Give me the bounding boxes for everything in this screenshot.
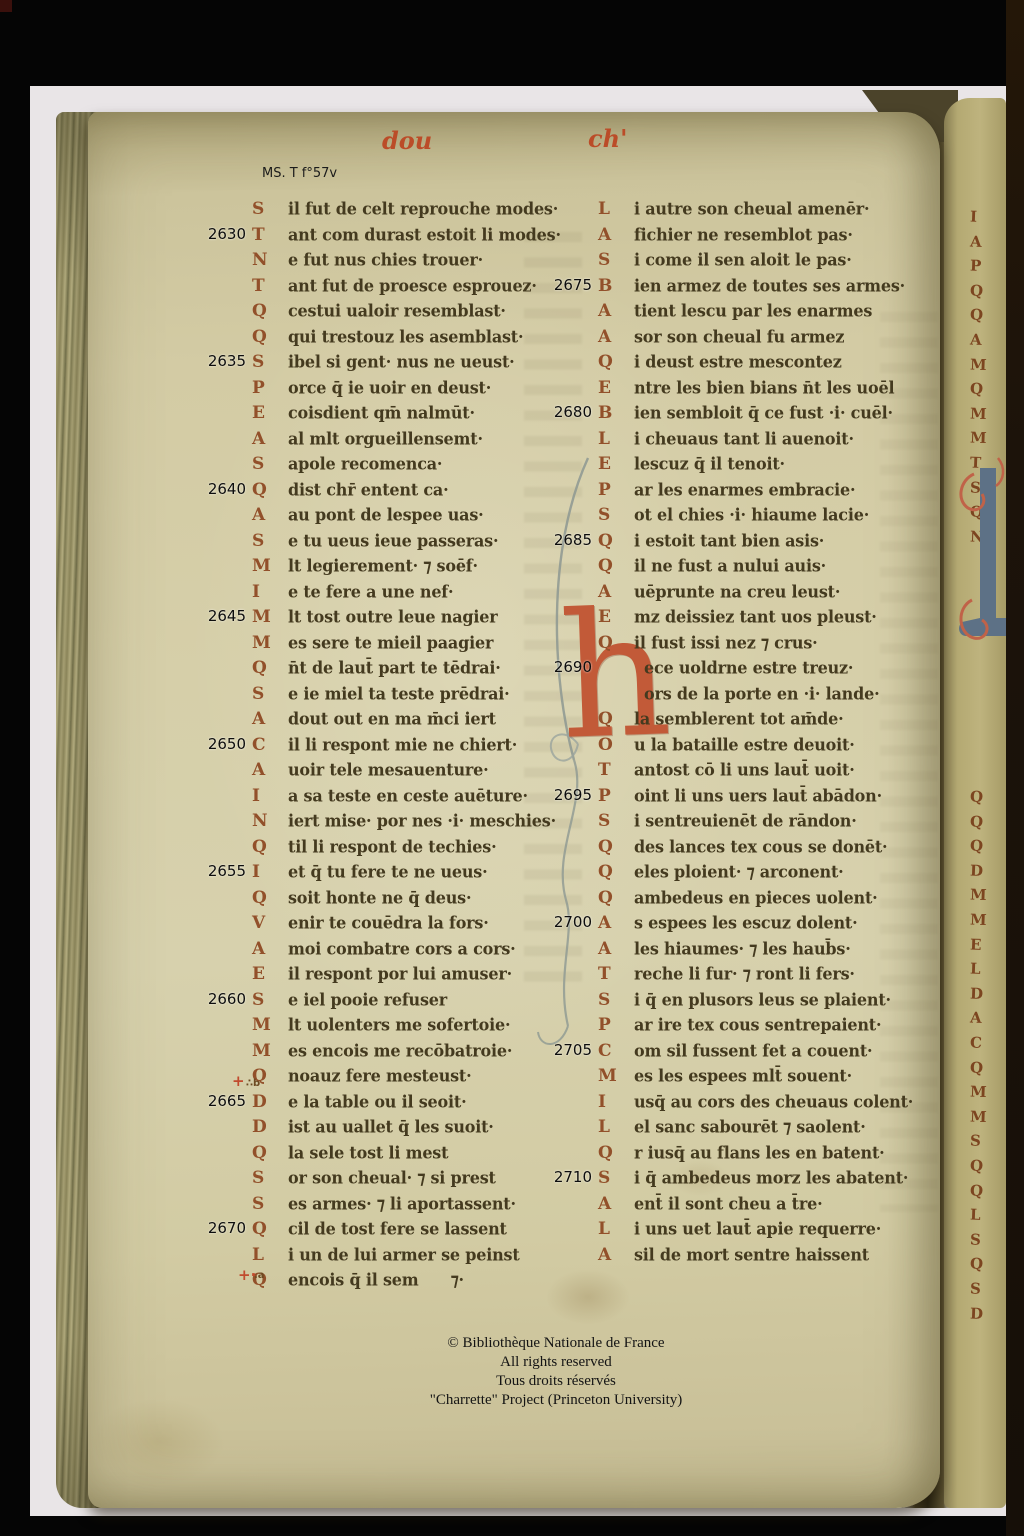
verse-text: ors de la porte en ·i· lande· xyxy=(644,680,879,707)
versal-initial: T xyxy=(252,274,288,300)
verse-number: 2690 xyxy=(534,658,592,676)
verse-number: 2710 xyxy=(534,1168,592,1186)
verse-text: i autre son cheual amenēr· xyxy=(634,195,869,222)
versal-initial: S xyxy=(252,682,288,708)
verse-text: dist chr̄ entent ca· xyxy=(288,476,448,503)
verse-line: Lel sanc sabourēt ⁊ saolent· xyxy=(598,1114,913,1140)
versal-initial: Q xyxy=(252,299,288,325)
verse-text: sor son cheual fu armez xyxy=(634,323,844,350)
versal-initial: E xyxy=(598,376,634,402)
versal-initial: B xyxy=(598,401,634,427)
versal-initial: Q xyxy=(598,529,634,555)
verse-text: il fust issi nez ⁊ crus· xyxy=(634,629,818,656)
verse-text: ar ire tex cous sentrepaient· xyxy=(634,1011,881,1038)
fore-edge-letter: Q xyxy=(970,1058,1001,1077)
versal-initial: A xyxy=(252,503,288,529)
verse-line: Niert mise· por nes ·i· meschies· xyxy=(252,808,561,834)
versal-initial: E xyxy=(598,452,634,478)
verse-text: e ie miel ta teste prēdrai· xyxy=(288,680,510,707)
versal-initial: T xyxy=(598,962,634,988)
credit-line: Tous droits réservés xyxy=(276,1372,836,1391)
verse-text: ece uoldrne estre treuz· xyxy=(644,654,853,681)
facing-page-fore-edge: IAPQQAMQMMTSQNQQQDMMELDACQMMSQQLSQSD xyxy=(944,98,1006,1508)
verse-line: Mlt uolenters me sofertoie· xyxy=(252,1012,561,1038)
verse-line: Point li uns uers laut̄ abādon· xyxy=(598,783,913,809)
fore-edge-letter: Q xyxy=(970,1181,1001,1200)
verse-line: Qil fust issi nez ⁊ crus· xyxy=(598,630,913,656)
verse-line: Qcestui ualoir resemblast· xyxy=(252,298,561,324)
versal-initial: I xyxy=(252,860,288,886)
running-title-right: ch' xyxy=(588,124,627,153)
verse-line: As espees les escuz dolent· xyxy=(598,910,913,936)
versal-initial: M xyxy=(252,1013,288,1039)
fore-edge-letter: M xyxy=(970,355,1001,374)
verse-text: r iusq̄ au flans les en batent· xyxy=(634,1139,885,1166)
verse-text: antost cō li uns laut̄ uoit· xyxy=(634,756,855,783)
verse-line: Qla sele tost li mest xyxy=(252,1140,561,1166)
verse-line: ors de la porte en ·i· lande· xyxy=(598,681,913,707)
verse-line: Ales hiaumes· ⁊ les haub̄s· xyxy=(598,936,913,962)
verse-number: 2660 xyxy=(188,990,246,1008)
manuscript-photo: IAPQQAMQMMTSQNQQQDMMELDACQMMSQQLSQSD dou… xyxy=(0,0,1024,1536)
ms-folio-label: MS. T f°57v xyxy=(262,166,337,181)
running-title-left: dou xyxy=(382,126,432,155)
verse-line: Ne fut nus chies trouer· xyxy=(252,247,561,273)
verse-number: 2665 xyxy=(188,1092,246,1110)
versal-initial: P xyxy=(598,478,634,504)
verse-text: i q̄ ambedeus morz les abatent· xyxy=(634,1164,908,1191)
versal-initial: M xyxy=(252,605,288,631)
versal-initial: P xyxy=(598,1013,634,1039)
verse-number: 2675 xyxy=(534,276,592,294)
fore-edge-letter: M xyxy=(970,1083,1001,1102)
verse-text: e iel pooie refuser xyxy=(288,986,447,1013)
verse-line: Sor son cheual· ⁊ si prest xyxy=(252,1165,561,1191)
verse-line: Mlt legierement· ⁊ soēf· xyxy=(252,553,561,579)
verse-text: ien sembloit q̄ ce fust ·i· cuēl· xyxy=(634,399,893,426)
verse-text: s espees les escuz dolent· xyxy=(634,909,857,936)
verse-text: moi combatre cors a cors· xyxy=(288,935,516,962)
verse-text: e te fere a une nef· xyxy=(288,578,453,605)
versal-initial: L xyxy=(598,197,634,223)
verse-line: Qr iusq̄ au flans les en batent· xyxy=(598,1140,913,1166)
fore-edge-letter: D xyxy=(970,861,1001,880)
verse-text: es les espees mlt̄ souent· xyxy=(634,1062,852,1089)
verse-text: des lances tex cous se donēt· xyxy=(634,833,887,860)
marginal-note: ∴b xyxy=(246,1078,260,1089)
versal-initial: A xyxy=(252,937,288,963)
verse-text: lt uolenters me sofertoie· xyxy=(288,1011,510,1038)
verse-line: Ses armes· ⁊ li aportassent· xyxy=(252,1191,561,1217)
versal-initial: A xyxy=(252,758,288,784)
verse-text: apole recomenca· xyxy=(288,450,442,477)
versal-initial: I xyxy=(252,580,288,606)
verse-text: es encois me recōbatroie· xyxy=(288,1037,512,1064)
verse-text: ot el chies ·i· hiaume lacie· xyxy=(634,501,869,528)
verse-text: au pont de lespee uas· xyxy=(288,501,484,528)
verse-text: e fut nus chies trouer· xyxy=(288,246,483,273)
copyright-credit: © Bibliothèque Nationale de France All r… xyxy=(276,1334,836,1410)
versal-initial: S xyxy=(252,988,288,1014)
verse-number: 2635 xyxy=(188,352,246,370)
verse-line: Sil fut de celt reprouche modes· xyxy=(252,196,561,222)
verse-line: Aent̄ il sont cheu a t̄re· xyxy=(598,1191,913,1217)
verse-text: usq̄ au cors des cheuaus colent· xyxy=(634,1088,913,1115)
verse-text: ibel si gent· nus ne ueust· xyxy=(288,348,515,375)
verse-line: Qambedeus en pieces uolent· xyxy=(598,885,913,911)
verse-line: Bien armez de toutes ses armes· xyxy=(598,273,913,299)
fore-edge-letter: I xyxy=(970,207,1001,226)
verse-text: om sil fussent fet a couent· xyxy=(634,1037,872,1064)
verse-text: til li respont de techies· xyxy=(288,833,496,860)
verse-line: Se ie miel ta teste prēdrai· xyxy=(252,681,561,707)
verse-text: es sere te mieil paagier xyxy=(288,629,493,656)
verse-line: Qla semblerent tot am̄de· xyxy=(598,706,913,732)
versal-initial: Q xyxy=(252,478,288,504)
versal-initial: A xyxy=(598,299,634,325)
versal-initial: Q xyxy=(598,835,634,861)
verse-text: n̄t de laut̄ part te tēdrai· xyxy=(288,654,501,681)
verse-line: Eil respont por lui amuser· xyxy=(252,961,561,987)
versal-initial: Q xyxy=(598,554,634,580)
verse-text: ambedeus en pieces uolent· xyxy=(634,884,878,911)
verse-text: i un de lui armer se peinst xyxy=(288,1241,520,1268)
versal-initial: E xyxy=(252,962,288,988)
verse-line: Ia sa teste en ceste auēture· xyxy=(252,783,561,809)
verse-line: Cil li respont mie ne chiert· xyxy=(252,732,561,758)
fore-edge-letter: Q xyxy=(970,787,1001,806)
versal-initial: L xyxy=(598,1217,634,1243)
verse-text: ent̄ il sont cheu a t̄re· xyxy=(634,1190,822,1217)
verse-text: uēprunte na creu leust· xyxy=(634,578,840,605)
verse-number: 2695 xyxy=(534,786,592,804)
verse-text: ist au uallet q̄ les suoit· xyxy=(288,1113,494,1140)
verse-text: lescuz q̄ il tenoit· xyxy=(634,450,785,477)
verse-line: Sot el chies ·i· hiaume lacie· xyxy=(598,502,913,528)
verse-line: Qnoauz fere mesteust· xyxy=(252,1063,561,1089)
verse-line: Afichier ne resemblot pas· xyxy=(598,222,913,248)
verse-text: i estoit tant bien asis· xyxy=(634,527,824,554)
fore-edge-letter: Q xyxy=(970,380,1001,399)
verse-text: el sanc sabourēt ⁊ saolent· xyxy=(634,1113,866,1140)
versal-initial: D xyxy=(252,1115,288,1141)
verse-text: ant com durast estoit li modes· xyxy=(288,221,561,248)
verse-number: 2630 xyxy=(188,225,246,243)
verse-line: Si sentreuienēt de rāndon· xyxy=(598,808,913,834)
fore-edge-letter: D xyxy=(970,984,1001,1003)
verse-line: Ou la bataille estre deuoit· xyxy=(598,732,913,758)
versal-initial: P xyxy=(252,376,288,402)
verse-text: eles ploient· ⁊ arconent· xyxy=(634,858,844,885)
versal-initial: A xyxy=(598,1243,634,1269)
binding-dark-strip xyxy=(1006,0,1024,1536)
verse-line: Sapole recomenca· xyxy=(252,451,561,477)
versal-initial: Q xyxy=(252,835,288,861)
versal-initial: Q xyxy=(598,707,634,733)
verse-line: Atient lescu par les enarmes xyxy=(598,298,913,324)
verse-line: Tant fut de proesce esprouez· xyxy=(252,273,561,299)
verse-line: De la table ou il seoit· xyxy=(252,1089,561,1115)
verse-line: Com sil fussent fet a couent· xyxy=(598,1038,913,1064)
versal-initial: L xyxy=(598,427,634,453)
verse-text: il li respont mie ne chiert· xyxy=(288,731,517,758)
verse-text: enir te couēdra la fors· xyxy=(288,909,489,936)
verse-text: al mlt orgueillensemt· xyxy=(288,425,483,452)
versal-initial: L xyxy=(598,1115,634,1141)
verse-line: Qi deust estre mescontez xyxy=(598,349,913,375)
verse-text: i deust estre mescontez xyxy=(634,348,842,375)
versal-initial: Q xyxy=(252,1217,288,1243)
verse-text: or son cheual· ⁊ si prest xyxy=(288,1164,496,1191)
verse-text: tient lescu par les enarmes xyxy=(634,297,872,324)
verse-text: i cheuaus tant li auenoit· xyxy=(634,425,854,452)
verse-line: Par ire tex cous sentrepaient· xyxy=(598,1012,913,1038)
versal-initial: N xyxy=(252,809,288,835)
versal-initial: O xyxy=(598,733,634,759)
blue-initial-L xyxy=(944,450,1006,680)
fore-edge-letter: M xyxy=(970,910,1001,929)
versal-initial: Q xyxy=(252,325,288,351)
verse-text: cil de tost fere se lassent xyxy=(288,1215,507,1242)
verse-text: sil de mort sentre haissent xyxy=(634,1241,869,1268)
versal-initial: T xyxy=(598,758,634,784)
versal-initial: Q xyxy=(252,656,288,682)
versal-initial: S xyxy=(598,1166,634,1192)
verse-text: oint li uns uers laut̄ abādon· xyxy=(634,782,882,809)
verse-text: dout out en ma m̄ci iert xyxy=(288,705,496,732)
versal-initial: E xyxy=(598,605,634,631)
verse-line: ece uoldrne estre treuz· xyxy=(598,655,913,681)
verse-text: fichier ne resemblot pas· xyxy=(634,221,853,248)
verse-text: lt tost outre leue nagier xyxy=(288,603,497,630)
verse-line: Amoi combatre cors a cors· xyxy=(252,936,561,962)
fore-edge-letter: Q xyxy=(970,1156,1001,1175)
verse-number: 2645 xyxy=(188,607,246,625)
manuscript-page: dou ch' MS. T f°57v h Sil fut de celt re… xyxy=(88,112,940,1508)
credit-line: © Bibliothèque Nationale de France xyxy=(276,1334,836,1353)
versal-initial: M xyxy=(252,631,288,657)
fore-edge-letter: L xyxy=(970,960,1001,979)
verse-line: Si q̄ ambedeus morz les abatent· xyxy=(598,1165,913,1191)
versal-initial: Q xyxy=(252,886,288,912)
verse-text: mz deissiez tant uos pleust· xyxy=(634,603,877,630)
versal-initial: A xyxy=(598,1192,634,1218)
verse-line: Li autre son cheual amenēr· xyxy=(598,196,913,222)
verse-text: il fut de celt reprouche modes· xyxy=(288,195,558,222)
versal-initial: S xyxy=(598,809,634,835)
verse-text: i sentreuienēt de rāndon· xyxy=(634,807,857,834)
fore-edge-letter: S xyxy=(970,1230,1001,1249)
credit-line: All rights reserved xyxy=(276,1353,836,1372)
verse-line: Qil ne fust a nului auis· xyxy=(598,553,913,579)
verse-line: Iet q̄ tu fere te ne ueus· xyxy=(252,859,561,885)
verse-text: les hiaumes· ⁊ les haub̄s· xyxy=(634,935,851,962)
fore-edge-letter: M xyxy=(970,886,1001,905)
versal-initial: Q xyxy=(598,886,634,912)
versal-initial: Q xyxy=(598,1141,634,1167)
verse-text: u la bataille estre deuoit· xyxy=(634,731,855,758)
verse-text: noauz fere mesteust· xyxy=(288,1062,472,1089)
verse-number: 2680 xyxy=(534,403,592,421)
verse-line: Si q̄ en plusors leus se plaient· xyxy=(598,987,913,1013)
versal-initial: S xyxy=(252,452,288,478)
verse-text: reche li fur· ⁊ ront li fers· xyxy=(634,960,855,987)
versal-initial: S xyxy=(598,503,634,529)
verse-line: Asor son cheual fu armez xyxy=(598,324,913,350)
versal-initial: A xyxy=(598,325,634,351)
versal-initial: S xyxy=(252,350,288,376)
verse-line: Mes encois me recōbatroie· xyxy=(252,1038,561,1064)
marginal-cross: + xyxy=(232,1072,245,1090)
verse-line: Ie te fere a une nef· xyxy=(252,579,561,605)
verse-text: et q̄ tu fere te ne ueus· xyxy=(288,858,487,885)
verse-number: 2650 xyxy=(188,735,246,753)
fore-edge-letter: M xyxy=(970,404,1001,423)
verse-line: Qn̄t de laut̄ part te tēdrai· xyxy=(252,655,561,681)
fore-edge-letter: S xyxy=(970,1279,1001,1298)
verse-text: uoir tele mesauenture· xyxy=(288,756,489,783)
fore-edge-letter: E xyxy=(970,935,1001,954)
verse-line: Li uns uet laut̄ apie requerre· xyxy=(598,1216,913,1242)
verse-line: Mlt tost outre leue nagier xyxy=(252,604,561,630)
verse-line: Qencois q̄ il sem ⁊· xyxy=(252,1267,561,1293)
fore-edge-letter: A xyxy=(970,330,1001,349)
verse-line: Iusq̄ au cors des cheuaus colent· xyxy=(598,1089,913,1115)
credit-line: "Charrette" Project (Princeton Universit… xyxy=(276,1391,836,1410)
versal-initial: N xyxy=(252,248,288,274)
fore-edge-letter: M xyxy=(970,1107,1001,1126)
fore-edge-letter: L xyxy=(970,1206,1001,1225)
verse-text: qui trestouz les asemblast· xyxy=(288,323,523,350)
versal-initial: L xyxy=(252,1243,288,1269)
verse-text: lt legierement· ⁊ soēf· xyxy=(288,552,478,579)
verse-number: 2685 xyxy=(534,531,592,549)
verse-text: i q̄ en plusors leus se plaient· xyxy=(634,986,891,1013)
fore-edge-letter: C xyxy=(970,1033,1001,1052)
verse-text: iert mise· por nes ·i· meschies· xyxy=(288,807,556,834)
verse-text: ien armez de toutes ses armes· xyxy=(634,272,905,299)
fore-edge-letter: Q xyxy=(970,306,1001,325)
fore-edge-letter: P xyxy=(970,257,1001,276)
verse-line: Auēprunte na creu leust· xyxy=(598,579,913,605)
fore-edge-letter: Q xyxy=(970,837,1001,856)
verse-line: Porce q̄ ie uoir en deust· xyxy=(252,375,561,401)
versal-initial: M xyxy=(598,1064,634,1090)
verse-line: Elescuz q̄ il tenoit· xyxy=(598,451,913,477)
verse-line: Entre les bien bians n̄t les uoēl xyxy=(598,375,913,401)
versal-initial: Q xyxy=(598,631,634,657)
verse-number: 2670 xyxy=(188,1219,246,1237)
verse-number: 2705 xyxy=(534,1041,592,1059)
verse-text: orce q̄ ie uoir en deust· xyxy=(288,374,491,401)
verse-line: Qeles ploient· ⁊ arconent· xyxy=(598,859,913,885)
corner-artifact xyxy=(0,0,12,12)
versal-initial: I xyxy=(252,784,288,810)
fore-edge-letter: Q xyxy=(970,281,1001,300)
versal-initial: S xyxy=(598,248,634,274)
verse-line: Qsoit honte ne q̄ deus· xyxy=(252,885,561,911)
verse-text: il respont por lui amuser· xyxy=(288,960,512,987)
verse-line: Tantost cō li uns laut̄ uoit· xyxy=(598,757,913,783)
verse-line: Aal mlt orgueillensemt· xyxy=(252,426,561,452)
verse-line: Dist au uallet q̄ les suoit· xyxy=(252,1114,561,1140)
versal-initial: S xyxy=(252,1192,288,1218)
verse-line: Mes les espees mlt̄ souent· xyxy=(598,1063,913,1089)
versal-initial: V xyxy=(252,911,288,937)
verse-text: coisdient qm̄ nalmūt· xyxy=(288,399,475,426)
verse-line: Tant com durast estoit li modes· xyxy=(252,222,561,248)
verse-text: e tu ueus ieue passeras· xyxy=(288,527,498,554)
verse-line: Qi estoit tant bien asis· xyxy=(598,528,913,554)
fore-edge-letter: Q xyxy=(970,1255,1001,1274)
verse-number: 2655 xyxy=(188,862,246,880)
marginal-note: .a xyxy=(254,1270,265,1281)
versal-initial: S xyxy=(252,197,288,223)
verse-text: il ne fust a nului auis· xyxy=(634,552,826,579)
verse-number: 2700 xyxy=(534,913,592,931)
fore-edge-letter: D xyxy=(970,1304,1001,1323)
verse-text: ant fut de proesce esprouez· xyxy=(288,272,537,299)
verse-line: Li cheuaus tant li auenoit· xyxy=(598,426,913,452)
verse-line: Se iel pooie refuser xyxy=(252,987,561,1013)
verse-text: soit honte ne q̄ deus· xyxy=(288,884,471,911)
versal-initial: A xyxy=(598,937,634,963)
versal-initial: S xyxy=(598,988,634,1014)
versal-initial: S xyxy=(252,529,288,555)
versal-initial: E xyxy=(252,401,288,427)
versal-initial: I xyxy=(598,1090,634,1116)
versal-initial: A xyxy=(252,707,288,733)
versal-initial: A xyxy=(252,427,288,453)
fore-edge-letter: M xyxy=(970,429,1001,448)
verse-text: ntre les bien bians n̄t les uoēl xyxy=(634,374,894,401)
versal-initial: C xyxy=(598,1039,634,1065)
verse-line: Se tu ueus ieue passeras· xyxy=(252,528,561,554)
fore-edge-letter: A xyxy=(970,1009,1001,1028)
verse-line: Ecoisdient qm̄ nalmūt· xyxy=(252,400,561,426)
verse-column-left: Sil fut de celt reprouche modes·Tant com… xyxy=(252,196,561,1293)
versal-initial: M xyxy=(252,1039,288,1065)
verse-text: encois q̄ il sem ⁊· xyxy=(288,1266,464,1293)
verse-text: a sa teste en ceste auēture· xyxy=(288,782,528,809)
verse-text: i uns uet laut̄ apie requerre· xyxy=(634,1215,881,1242)
fore-edge-letter: S xyxy=(970,1132,1001,1151)
versal-initial: A xyxy=(598,911,634,937)
verse-text: la sele tost li mest xyxy=(288,1139,448,1166)
versal-initial: M xyxy=(252,554,288,580)
verse-line: Sibel si gent· nus ne ueust· xyxy=(252,349,561,375)
verse-text: cestui ualoir resemblast· xyxy=(288,297,506,324)
verse-line: Li un de lui armer se peinst xyxy=(252,1242,561,1268)
versal-initial: S xyxy=(252,1166,288,1192)
verse-text: ar les enarmes embracie· xyxy=(634,476,855,503)
verse-line: Mes sere te mieil paagier xyxy=(252,630,561,656)
verse-line: Qcil de tost fere se lassent xyxy=(252,1216,561,1242)
verse-line: Qqui trestouz les asemblast· xyxy=(252,324,561,350)
verse-text: es armes· ⁊ li aportassent· xyxy=(288,1190,516,1217)
verse-line: Qdes lances tex cous se donēt· xyxy=(598,834,913,860)
versal-initial: C xyxy=(252,733,288,759)
verse-line: Par les enarmes embracie· xyxy=(598,477,913,503)
versal-initial: T xyxy=(252,223,288,249)
verse-line: Aau pont de lespee uas· xyxy=(252,502,561,528)
verse-line: Venir te couēdra la fors· xyxy=(252,910,561,936)
versal-initial: A xyxy=(598,580,634,606)
verse-line: Asil de mort sentre haissent xyxy=(598,1242,913,1268)
verse-text: la semblerent tot am̄de· xyxy=(634,705,843,732)
verse-text: i come il sen aloit le pas· xyxy=(634,246,852,273)
verse-number: 2640 xyxy=(188,480,246,498)
